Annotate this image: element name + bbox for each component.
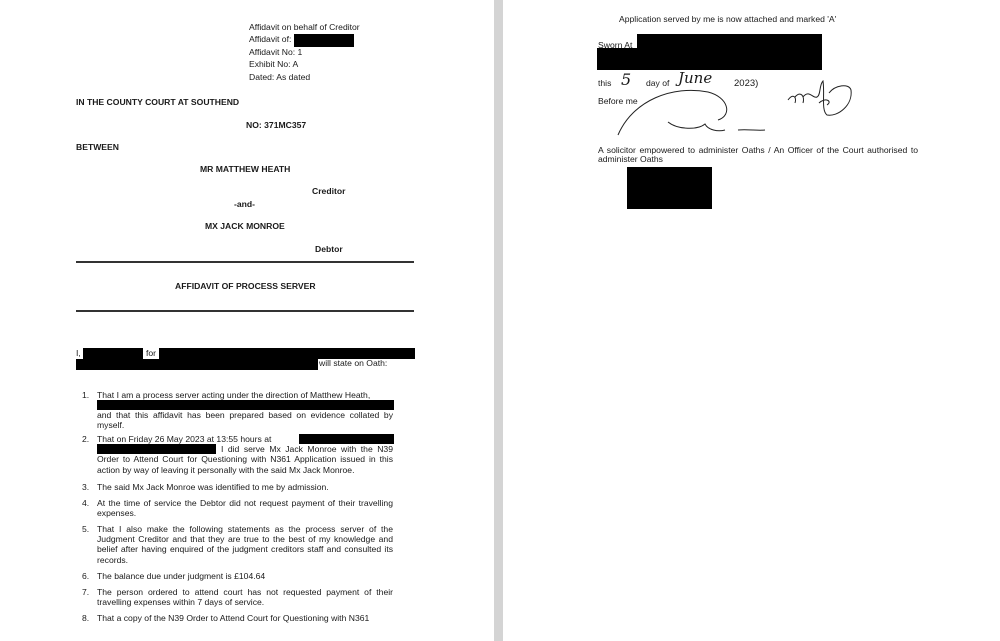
this-label: this [598, 78, 611, 89]
redaction-affiant-name [294, 34, 354, 47]
deponent-signature-icon [783, 75, 863, 125]
item-number: 1. [82, 390, 89, 400]
item-text: That a copy of the N39 Order to Attend C… [97, 613, 393, 623]
item-text: The said Mx Jack Monroe was identified t… [97, 482, 393, 492]
item-number: 7. [82, 587, 89, 597]
sworn-at-label: Sworn At [598, 40, 632, 51]
between-label: BETWEEN [76, 142, 119, 153]
commissioner-signature-icon [613, 60, 773, 140]
document-title: AFFIDAVIT OF PROCESS SERVER [175, 281, 316, 292]
intro-prefix: I, [76, 348, 81, 359]
header-affidavit-no: Affidavit No: 1 [249, 47, 302, 58]
item-text: At the time of service the Debtor did no… [97, 498, 393, 518]
document-page-1: Affidavit on behalf of Creditor Affidavi… [0, 0, 494, 641]
header-dated: Dated: As dated [249, 72, 310, 83]
list-item-7: 7. The person ordered to attend court ha… [82, 587, 393, 607]
header-affidavit-of: Affidavit of: [249, 34, 291, 45]
creditor-name: MR MATTHEW HEATH [200, 164, 290, 175]
page-gutter [494, 0, 503, 641]
item-number: 4. [82, 498, 89, 508]
list-item-1: 1. That I am a process server acting und… [82, 390, 393, 431]
divider-top [76, 261, 414, 263]
officer-description: A solicitor empowered to administer Oath… [598, 146, 918, 163]
redaction-address-1 [299, 434, 394, 444]
item-number: 5. [82, 524, 89, 534]
court-name: IN THE COUNTY COURT AT SOUTHEND [76, 97, 239, 108]
case-number: NO: 371MC357 [246, 120, 306, 131]
item-number: 8. [82, 613, 89, 623]
continuation-text: Application served by me is now attached… [619, 14, 836, 25]
item-text: That I also make the following statement… [97, 524, 393, 565]
document-page-2: Application served by me is now attached… [503, 0, 1000, 641]
redaction-server-name [83, 348, 143, 359]
item-number: 2. [82, 434, 89, 444]
and-separator: -and- [234, 199, 255, 210]
debtor-role: Debtor [315, 244, 343, 255]
header-exhibit-no: Exhibit No: A [249, 59, 298, 70]
intro-suffix: will state on Oath: [319, 358, 387, 369]
creditor-role: Creditor [312, 186, 345, 197]
item-number: 6. [82, 571, 89, 581]
item-text: The balance due under judgment is £104.6… [97, 571, 393, 581]
header-affidavit-behalf: Affidavit on behalf of Creditor [249, 22, 360, 33]
divider-bottom [76, 310, 414, 312]
redaction-stamp [627, 167, 712, 209]
redaction-company-2 [76, 359, 318, 370]
item-number: 3. [82, 482, 89, 492]
list-item-5: 5. That I also make the following statem… [82, 524, 393, 565]
redaction-address-2 [97, 444, 216, 454]
item-text: That I am a process server acting under … [97, 390, 393, 400]
debtor-name: MX JACK MONROE [205, 221, 285, 232]
redaction-item-1 [97, 400, 394, 410]
intro-for: for [146, 348, 156, 359]
list-item-4: 4. At the time of service the Debtor did… [82, 498, 393, 518]
list-item-2: 2. That on Friday 26 May 2023 at 13:55 h… [82, 434, 393, 475]
item-text: The person ordered to attend court has n… [97, 587, 393, 607]
list-item-8: 8. That a copy of the N39 Order to Atten… [82, 613, 393, 623]
list-item-3: 3. The said Mx Jack Monroe was identifie… [82, 482, 393, 492]
item-text-cont: and that this affidavit has been prepare… [97, 410, 393, 430]
list-item-6: 6. The balance due under judgment is £10… [82, 571, 393, 581]
